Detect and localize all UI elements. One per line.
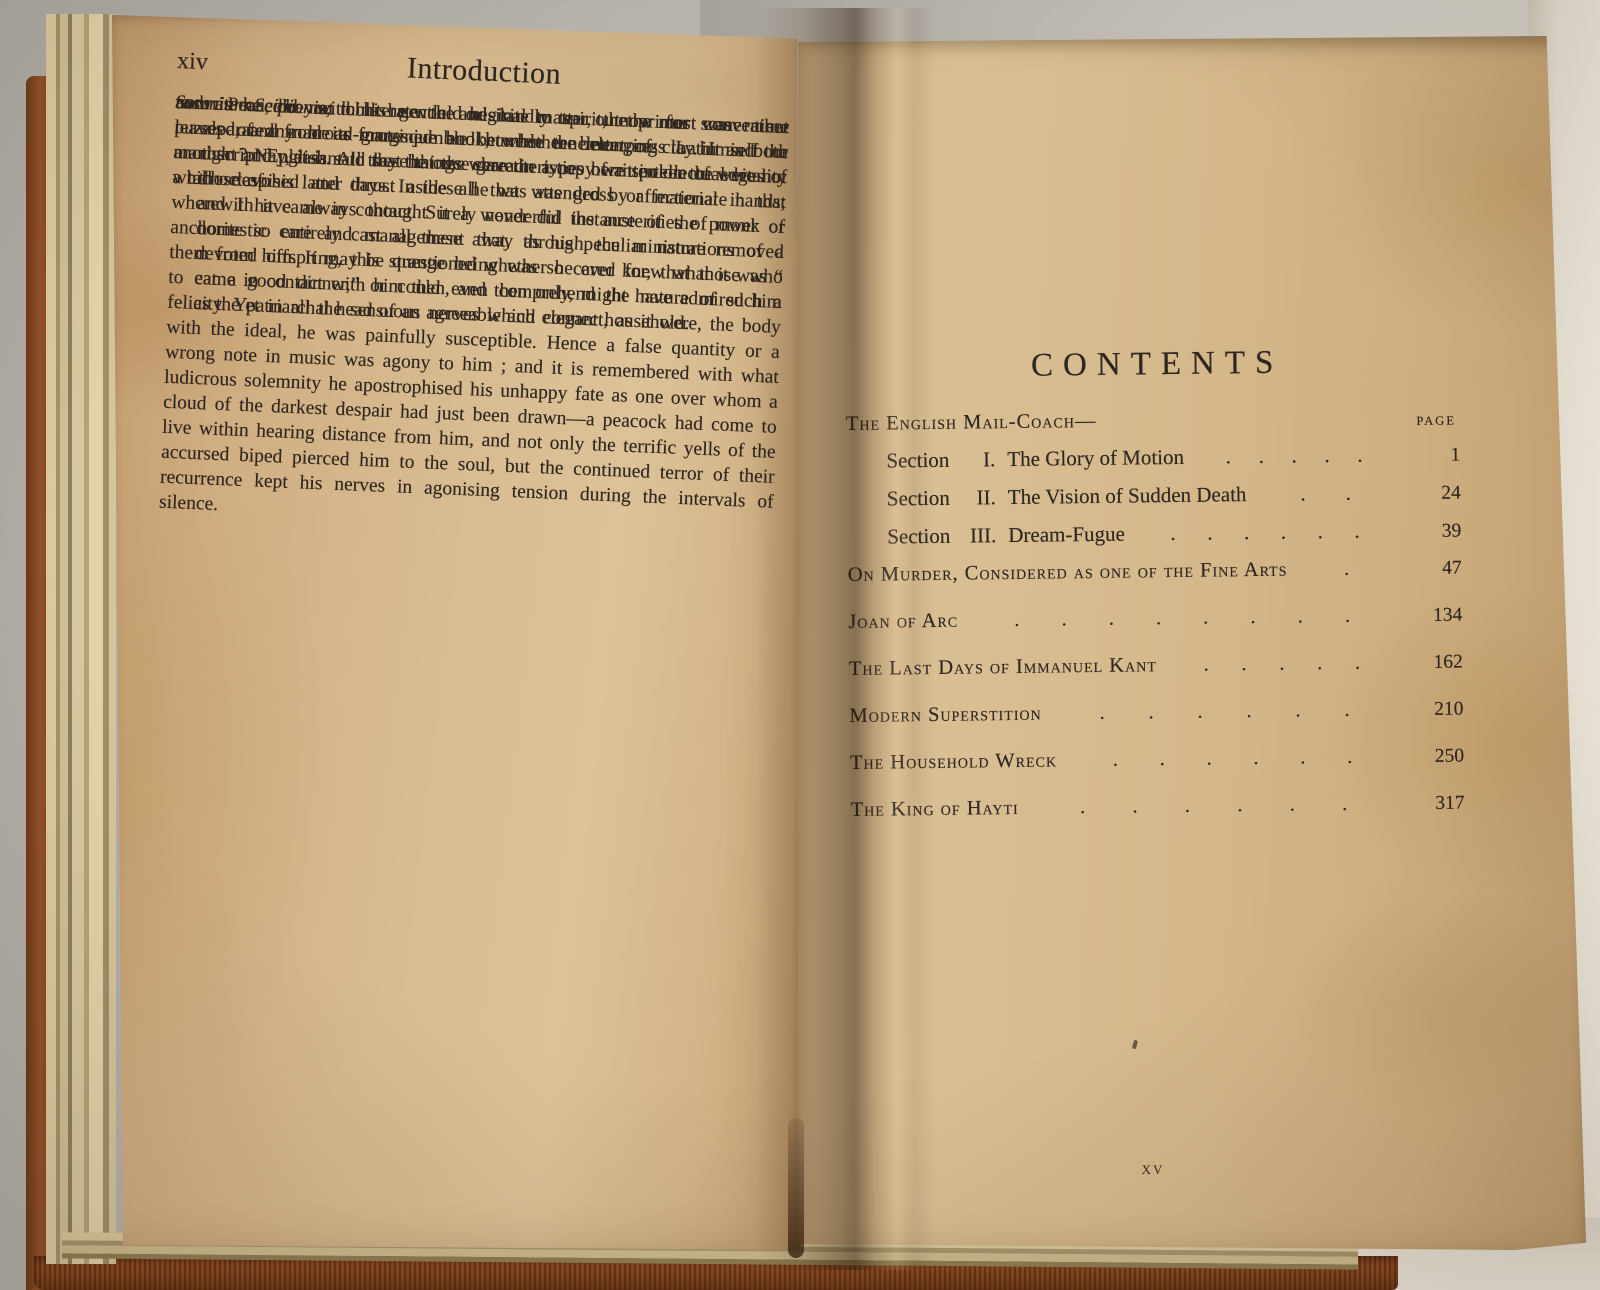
- left-page-number: xiv: [177, 48, 248, 78]
- table-of-contents: The English Mail-Coach—PAGESectionI.The …: [846, 405, 1465, 823]
- leader-dot: .: [1357, 442, 1363, 468]
- leader-dot: .: [1290, 792, 1295, 818]
- toc-section-numeral: III.: [950, 522, 996, 549]
- leader-dot: .: [1207, 520, 1213, 546]
- toc-page-number: 210: [1407, 696, 1463, 723]
- leader-dot: .: [1113, 747, 1118, 773]
- toc-row: The Last Days of Immanuel Kant.....162: [849, 648, 1463, 682]
- text-run: Peace be with his gentle and kindly spir…: [193, 91, 790, 340]
- leader-dot: .: [1250, 604, 1255, 630]
- leader-dot: .: [1206, 746, 1211, 772]
- leader-dot: .: [1345, 480, 1351, 506]
- toc-section-label: Section: [887, 523, 950, 550]
- leader-dot: .: [1291, 442, 1297, 468]
- toc-row: The King of Hayti......317: [850, 789, 1464, 823]
- dot-leader: .....: [1157, 649, 1407, 678]
- leader-dot: .: [1342, 791, 1347, 817]
- page-column-label: PAGE: [1416, 413, 1460, 429]
- toc-section-numeral: II.: [950, 484, 996, 511]
- right-page-content: CONTENTS The English Mail-Coach—PAGESect…: [845, 342, 1465, 843]
- leader-dot: .: [1170, 520, 1176, 546]
- toc-row: SectionI.The Glory of Motion.....1: [886, 440, 1460, 475]
- leader-dot: .: [1099, 700, 1104, 726]
- contents-heading: CONTENTS: [845, 342, 1459, 386]
- leader-dot: .: [1244, 519, 1250, 545]
- leader-dot: .: [1246, 698, 1251, 724]
- leader-dot: .: [1300, 480, 1306, 506]
- toc-row: On Murder, Considered as one of the Fine…: [848, 554, 1462, 588]
- toc-entry-title: The Last Days of Immanuel Kant: [849, 652, 1157, 682]
- page-edge-strip: [72, 14, 84, 1264]
- page-edges-left: [46, 14, 116, 1264]
- leader-dot: .: [1347, 744, 1352, 770]
- header-spacer: [720, 90, 790, 93]
- toc-section-label: Section: [887, 485, 950, 512]
- dot-leader: ......: [1057, 743, 1408, 773]
- dot-leader: ......: [1019, 790, 1409, 821]
- toc-row: SectionIII.Dream-Fugue......39: [887, 516, 1461, 551]
- dot-leader: ..: [1246, 479, 1405, 507]
- page-edge-strip: [60, 14, 68, 1264]
- toc-page-number: 1: [1404, 442, 1460, 469]
- toc-page-number: 250: [1408, 743, 1464, 770]
- dot-leader: ........: [958, 602, 1406, 633]
- toc-section-title: The Glory of Motion: [1007, 444, 1184, 472]
- toc-section-title: The Vision of Sudden Death: [1008, 481, 1247, 510]
- dot-leader: ......: [1042, 696, 1408, 726]
- toc-entry-title: On Murder, Considered as one of the Fine…: [848, 557, 1288, 588]
- toc-section-label: Section: [886, 447, 949, 474]
- toc-row: The English Mail-Coach—PAGE: [846, 405, 1460, 435]
- leader-dot: .: [1159, 746, 1164, 772]
- dot-leader: ......: [1125, 517, 1406, 546]
- leader-dot: .: [1197, 699, 1202, 725]
- leader-dot: .: [1237, 792, 1242, 818]
- leader-dot: .: [1203, 652, 1208, 678]
- leader-dot: .: [1354, 518, 1360, 544]
- leader-dot: .: [1298, 603, 1303, 629]
- leader-dot: .: [1324, 442, 1330, 468]
- toc-row: SectionII.The Vision of Sudden Death..24: [887, 478, 1461, 513]
- leader-dot: .: [1132, 793, 1137, 819]
- dot-leader: .....: [1184, 441, 1405, 470]
- toc-page-number: 47: [1406, 555, 1462, 582]
- leader-dot: .: [1241, 651, 1246, 677]
- toc-entry-title: Joan of Arc: [848, 608, 958, 635]
- open-book-photo: xiv Introduction rasa to write on, do yo…: [0, 0, 1600, 1290]
- toc-page-number: 317: [1408, 790, 1464, 817]
- toc-section-title: Dream-Fugue: [1008, 521, 1125, 548]
- toc-page-number: 24: [1405, 480, 1461, 507]
- toc-page-number: 39: [1405, 518, 1461, 545]
- leader-dot: .: [1345, 603, 1350, 629]
- toc-group-title: The English Mail-Coach—: [846, 410, 1097, 436]
- toc-row: Modern Superstition......210: [849, 695, 1463, 729]
- toc-entry-title: The King of Hayti: [850, 795, 1018, 823]
- leader-dot: .: [1061, 606, 1066, 632]
- leader-dot: .: [1203, 605, 1208, 631]
- leader-dot: .: [1258, 443, 1264, 469]
- leader-dot: .: [1317, 650, 1322, 676]
- leader-dot: .: [1226, 443, 1232, 469]
- leader-dot: .: [1148, 699, 1153, 725]
- leader-dot: .: [1014, 607, 1019, 633]
- toc-entry-title: The Household Wreck: [850, 747, 1057, 776]
- leader-dot: .: [1279, 651, 1284, 677]
- leader-dot: .: [1300, 744, 1305, 770]
- leader-dot: .: [1355, 650, 1360, 676]
- toc-row: The Household Wreck......250: [850, 742, 1464, 776]
- leader-dot: .: [1156, 605, 1161, 631]
- leader-dot: .: [1109, 606, 1114, 632]
- leader-dot: .: [1295, 697, 1300, 723]
- leader-dot: .: [1317, 518, 1323, 544]
- leader-dot: .: [1344, 697, 1349, 723]
- toc-page-number: 162: [1407, 649, 1463, 676]
- dot-leader: .: [1287, 555, 1406, 582]
- toc-entry-title: Modern Superstition: [849, 701, 1042, 729]
- toc-section-numeral: I.: [949, 446, 995, 473]
- leader-dot: .: [1080, 794, 1085, 820]
- leader-dot: .: [1344, 556, 1349, 582]
- leader-dot: .: [1185, 793, 1190, 819]
- right-page-number: xv: [1118, 1158, 1188, 1180]
- page-edge-strip: [46, 14, 56, 1264]
- toc-row: Joan of Arc........134: [848, 601, 1462, 635]
- page-edge-strip: [89, 14, 103, 1264]
- leader-dot: .: [1281, 519, 1287, 545]
- leader-dot: .: [1253, 745, 1258, 771]
- gutter-shadow-bottom: [788, 1118, 804, 1258]
- toc-page-number: 134: [1406, 602, 1462, 629]
